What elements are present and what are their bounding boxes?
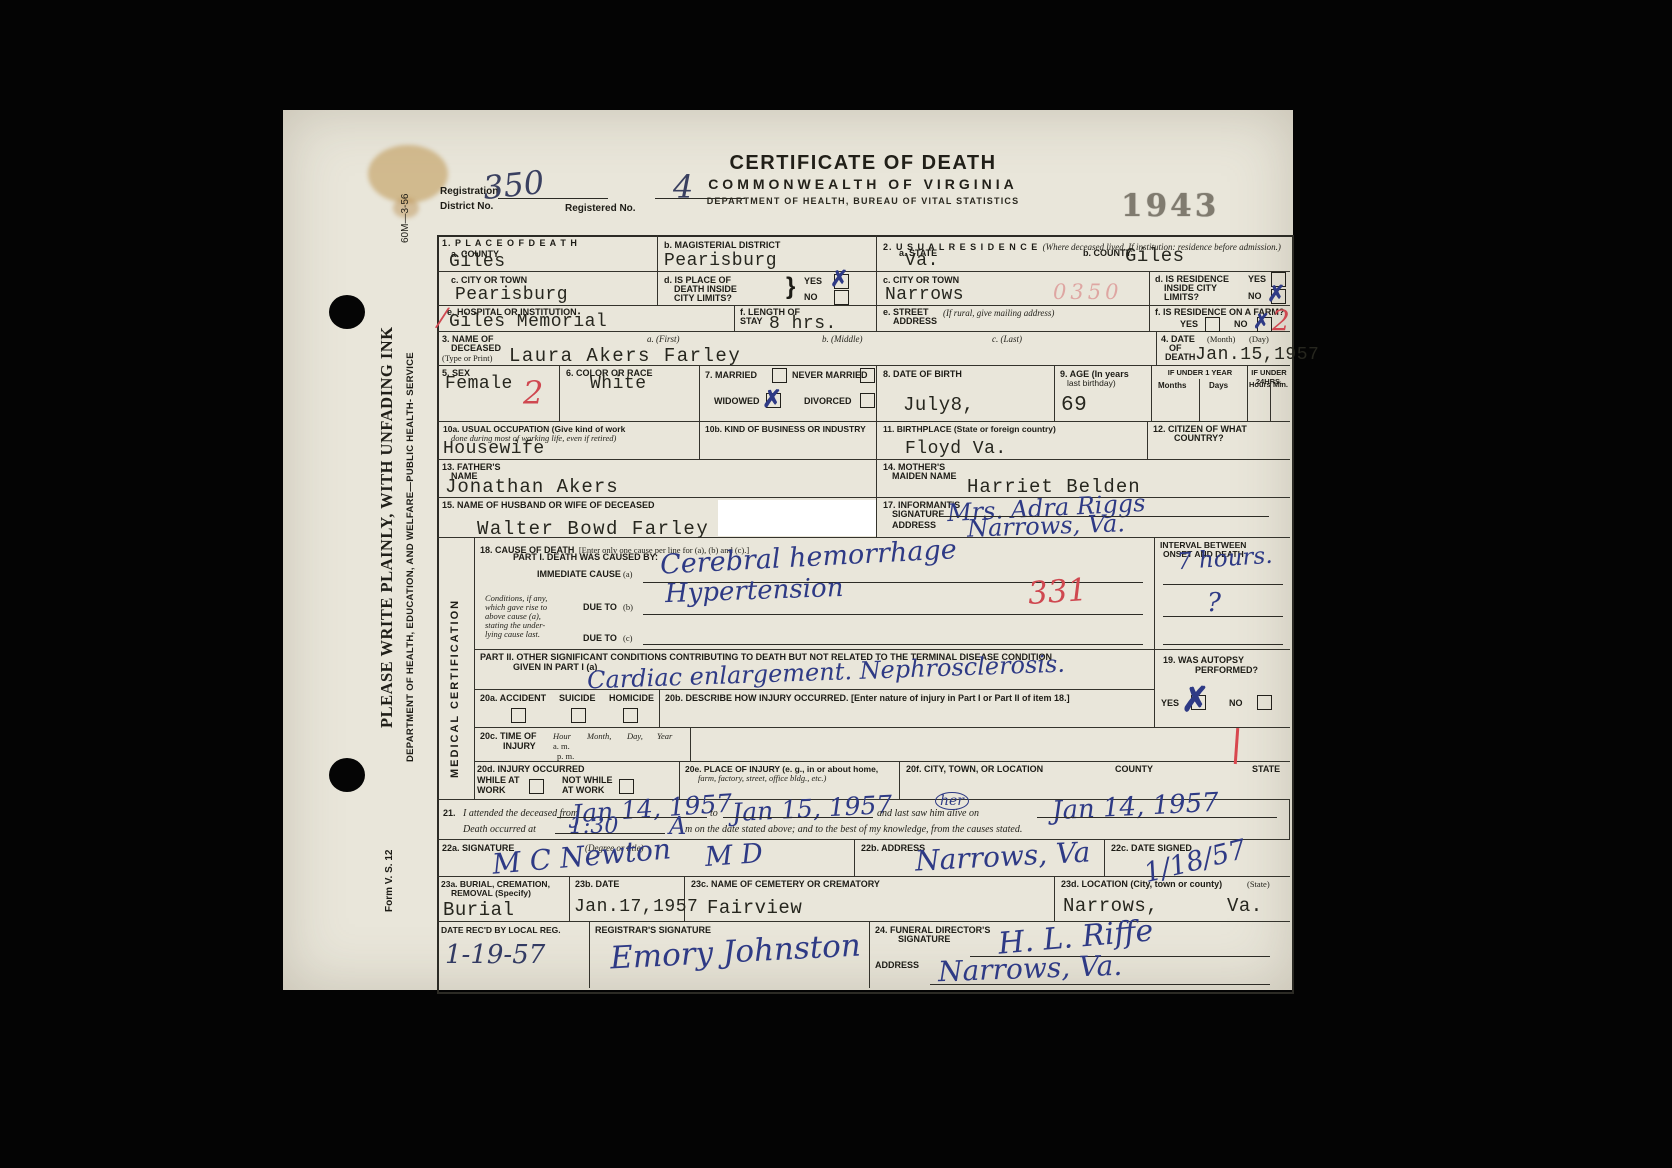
physician-address: Narrows, Va — [914, 835, 1091, 877]
cause-b-label: (b) — [623, 602, 633, 612]
time-injury-l2: INJURY — [503, 741, 536, 752]
field-sex: 5. SEX Female 2 — [437, 366, 560, 422]
field-informant: 17. INFORMANT'S SIGNATURE ADDRESS Mrs. A… — [877, 498, 1290, 538]
citizen-l2: COUNTRY? — [1174, 433, 1224, 444]
field-residence-on-farm: f. IS RESIDENCE ON A FARM? YES NO ✗ 2 — [1150, 306, 1290, 332]
middle-label: b. (Middle) — [822, 334, 863, 344]
autopsy-no-checkbox — [1257, 695, 1272, 710]
lastsaw-line — [1037, 817, 1277, 818]
pm-label: p. m. — [557, 751, 574, 761]
occurred-time: 1:30 — [569, 814, 618, 839]
date-received-label: DATE REC'D BY LOCAL REG. — [441, 925, 561, 935]
due-b-label: DUE TO — [583, 602, 617, 613]
cause-b-line — [643, 614, 1143, 615]
under24-divider — [1270, 379, 1271, 422]
field-funeral-director: 24. FUNERAL DIRECTOR'S SIGNATURE H. L. R… — [870, 922, 1290, 988]
scan-page: { "margin": { "print_code": "60M—3-56", … — [0, 0, 1672, 1168]
dob-label: 8. DATE OF BIRTH — [883, 369, 962, 380]
field-burial-location: 23d. LOCATION (City, town or county) (St… — [1055, 877, 1290, 922]
autopsy-l2: PERFORMED? — [1195, 665, 1258, 676]
physician-signature: M C Newton — [491, 832, 672, 880]
never-married-checkbox — [860, 368, 875, 383]
street-label2: ADDRESS — [893, 316, 937, 327]
cemetery-label: 23c. NAME OF CEMETERY OR CREMATORY — [691, 879, 880, 890]
certificate-title: CERTIFICATE OF DEATH — [653, 152, 1073, 175]
field-autopsy: 19. WAS AUTOPSY PERFORMED? YES ✗ NO — [1155, 650, 1290, 728]
res-inside-l3: LIMITS? — [1164, 292, 1199, 303]
immediate-cause-label: IMMEDIATE CAUSE — [537, 569, 621, 580]
field-burial-date: 23b. DATE Jan.17,1957 — [570, 877, 685, 922]
burial-state-value: Va. — [1227, 895, 1263, 917]
field-date-signed: 22c. DATE SIGNED 1/18/57 — [1105, 840, 1290, 877]
yes-checkmark: ✗ — [830, 266, 848, 292]
occurred-tail: m on the date stated above; and to the b… — [685, 824, 1022, 835]
due-c-label: DUE TO — [583, 633, 617, 644]
occupation-value: Housewife — [443, 439, 545, 459]
red-stamp-code: 0350 — [1053, 280, 1122, 304]
red-stroke — [1234, 728, 1239, 764]
place-injury-l2: farm, factory, street, office bldg., etc… — [698, 773, 826, 783]
field-age: 9. AGE (In years last birthday) 69 — [1055, 366, 1152, 422]
brace-glyph: } — [786, 273, 795, 301]
magisterial-label: b. MAGISTERIAL DISTRICT — [664, 240, 780, 251]
interval-line-3 — [1163, 644, 1283, 645]
interval-b-value: ? — [1207, 588, 1221, 618]
while-at-work-checkbox — [529, 779, 544, 794]
farm-no-checkmark: ✗ — [1253, 309, 1270, 333]
commonwealth-subtitle: COMMONWEALTH OF VIRGINIA — [653, 176, 1073, 192]
county-value: Giles — [449, 252, 506, 272]
field-describe-injury: 20b. DESCRIBE HOW INJURY OCCURRED. [Ente… — [660, 690, 1155, 728]
stay-value: 8 hrs. — [769, 314, 837, 334]
field-color-or-race: 6. COLOR OR RACE White — [560, 366, 700, 422]
hours-label: Hours — [1249, 381, 1271, 390]
husband-label: 15. NAME OF HUSBAND OR WIFE OF DECEASED — [442, 500, 655, 511]
burial-l2: REMOVAL (Specify) — [451, 888, 531, 898]
lastsaw-him: him — [930, 808, 945, 819]
father-value: Jonathan Akers — [445, 476, 619, 498]
cemetery-value: Fairview — [707, 897, 802, 919]
autopsy-no-label: NO — [1229, 698, 1243, 709]
married-label: 7. MARRIED — [705, 370, 757, 381]
attended-to-line — [723, 817, 873, 818]
occurred-label: Death occurred at — [463, 824, 536, 835]
month2-label: Month, — [587, 731, 611, 741]
injury-occurred-label: 20d. INJURY OCCURRED — [477, 764, 585, 775]
sex-red-code: 2 — [523, 374, 543, 412]
certificate-card: 60M—3-56 PLEASE WRITE PLAINLY, WITH UNFA… — [283, 110, 1293, 990]
day-label: (Day) — [1249, 334, 1269, 344]
farm-no-label: NO — [1234, 319, 1248, 330]
hospital-value: Giles Memorial — [449, 312, 607, 332]
red-tick: / — [436, 303, 448, 334]
while-at-l2: WORK — [477, 785, 506, 796]
field-cause-of-death: 18. CAUSE OF DEATH [Enter only one cause… — [475, 538, 1155, 650]
field-inside-city-limits-residence: d. IS RESIDENCE INSIDE CITY LIMITS? YES … — [1150, 272, 1290, 306]
residence-county-value: Giles — [1125, 245, 1185, 267]
burial-date-value: Jan.17,1957 — [574, 897, 698, 917]
district-no-line — [498, 198, 608, 199]
field-father-name: 13. FATHER'S NAME Jonathan Akers — [437, 460, 877, 498]
physician-degree: M D — [704, 838, 764, 873]
under1-divider — [1199, 379, 1200, 422]
field-hospital: e. HOSPITAL OR INSTITUTION Giles Memoria… — [437, 306, 735, 332]
describe-injury-label: 20b. DESCRIBE HOW INJURY OCCURRED. [Ente… — [665, 693, 1145, 704]
lastsaw-her-circled: her — [935, 792, 969, 810]
injury-city-label: 20f. CITY, TOWN, OR LOCATION — [906, 764, 1043, 775]
magisterial-value: Pearisburg — [664, 251, 777, 271]
husband-value: Walter Bowd Farley — [477, 518, 709, 540]
birthplace-label: 11. BIRTHPLACE (State or foreign country… — [883, 424, 1056, 434]
burial-state-label: (State) — [1247, 879, 1270, 889]
autopsy-yes-checkmark: ✗ — [1181, 680, 1210, 720]
burial-value: Burial — [443, 899, 514, 921]
field-inside-city-limits-death: d. IS PLACE OF DEATH INSIDE CITY LIMITS?… — [658, 272, 877, 306]
burial-location-label: 23d. LOCATION (City, town or county) — [1061, 879, 1222, 890]
lastsaw-pre: and last saw — [877, 808, 927, 819]
not-while-l2: AT WORK — [562, 785, 604, 796]
widowed-label: WIDOWED — [714, 396, 760, 407]
day2-label: Day, — [627, 731, 643, 741]
min-label: Min. — [1273, 381, 1288, 390]
field-if-under-24hrs: IF UNDER 24HRS. Hours Min. — [1248, 366, 1290, 422]
field-date-received: DATE REC'D BY LOCAL REG. 1-19-57 — [437, 922, 590, 988]
months-label: Months — [1158, 381, 1186, 390]
homicide-label: HOMICIDE — [609, 693, 654, 704]
interval-a-value: 7 hours. — [1176, 543, 1273, 576]
city-value: Pearisburg — [455, 285, 568, 305]
cause-a-label: (a) — [623, 569, 632, 579]
divorced-label: DIVORCED — [804, 396, 852, 407]
am-label: a. m. — [553, 741, 570, 751]
divorced-checkbox — [860, 393, 875, 408]
farm-yes-checkbox — [1205, 317, 1220, 332]
field-cemetery: 23c. NAME OF CEMETERY OR CREMATORY Fairv… — [685, 877, 1055, 922]
date-received-value: 1-19-57 — [445, 940, 545, 970]
field-citizen: 12. CITIZEN OF WHAT COUNTRY? — [1148, 422, 1290, 460]
interval-line-1 — [1163, 584, 1283, 585]
field-accident-suicide-homicide: 20a. ACCIDENT SUICIDE HOMICIDE — [475, 690, 660, 728]
autopsy-yes-label: YES — [1161, 698, 1179, 709]
street-note: (If rural, give mailing address) — [943, 308, 1054, 318]
no-checkbox — [834, 290, 849, 305]
dod-value: Jan.15,1957 — [1195, 345, 1319, 365]
field-date-of-birth: 8. DATE OF BIRTH July8, — [877, 366, 1055, 422]
field-registrar-signature: REGISTRAR'S SIGNATURE Emory Johnston — [590, 922, 870, 988]
under1-label: IF UNDER 1 YEAR — [1156, 369, 1244, 378]
age-l2: last birthday) — [1067, 378, 1116, 388]
homicide-checkbox — [623, 708, 638, 723]
inside-limits-l3: CITY LIMITS? — [674, 293, 732, 304]
res-yes-label: YES — [1248, 274, 1266, 285]
informant-l3: ADDRESS — [892, 520, 936, 531]
field-city-or-town-residence: c. CITY OR TOWN Narrows 0350 — [877, 272, 1150, 306]
punch-hole — [329, 758, 365, 792]
burial-date-label: 23b. DATE — [575, 879, 619, 890]
field-time-of-injury: 20c. TIME OF INJURY Hour Month, Day, Yea… — [475, 728, 1290, 762]
injury-county-label: COUNTY — [1115, 764, 1153, 775]
accident-label: 20a. ACCIDENT — [480, 693, 546, 704]
field-husband-wife: 15. NAME OF HUSBAND OR WIFE OF DECEASED … — [437, 498, 877, 538]
redaction-box — [718, 500, 876, 536]
stay-l2: STAY — [740, 316, 763, 327]
attended-no: 21. — [443, 808, 456, 819]
no-label: NO — [804, 292, 818, 303]
cause-c-line — [643, 644, 1143, 645]
field-city-or-town-death: c. CITY OR TOWN Pearisburg — [437, 272, 658, 306]
fd-address-value: Narrows, Va. — [937, 949, 1122, 988]
bureau-subtitle: DEPARTMENT OF HEALTH, BUREAU OF VITAL ST… — [653, 196, 1073, 206]
time-injury-divider — [690, 728, 691, 762]
field-business-industry: 10b. KIND OF BUSINESS OR INDUSTRY — [700, 422, 877, 460]
name-l3: (Type or Print) — [442, 353, 492, 363]
registered-no-label: Registered No. — [565, 203, 636, 215]
name-value: Laura Akers Farley — [509, 345, 741, 367]
attended-to-label: to — [710, 808, 718, 819]
icd-code: 331 — [1027, 572, 1089, 612]
month-label: (Month) — [1207, 334, 1235, 344]
days-label: Days — [1209, 381, 1228, 390]
field-birthplace: 11. BIRTHPLACE (State or foreign country… — [877, 422, 1148, 460]
age-value: 69 — [1061, 394, 1087, 417]
field-length-of-stay: f. LENGTH OF STAY 8 hrs. — [735, 306, 877, 332]
mother-l2: MAIDEN NAME — [892, 471, 957, 482]
year2-label: Year — [657, 731, 672, 741]
cause-c-label: (c) — [623, 633, 632, 643]
registrar-label: REGISTRAR'S SIGNATURE — [595, 925, 711, 936]
married-checkbox — [772, 368, 787, 383]
field-marital-status: 7. MARRIED NEVER MARRIED WIDOWED ✗ DIVOR… — [700, 366, 877, 422]
medical-certification-label: MEDICAL CERTIFICATION — [449, 599, 462, 778]
accident-checkbox — [511, 708, 526, 723]
medical-certification-strip: MEDICAL CERTIFICATION — [437, 538, 475, 800]
not-while-at-work-checkbox — [619, 779, 634, 794]
never-married-label: NEVER MARRIED — [792, 370, 868, 381]
field-usual-occupation: 10a. USUAL OCCUPATION (Give kind of work… — [437, 422, 700, 460]
first-label: a. (First) — [647, 334, 680, 344]
race-value: White — [590, 374, 647, 394]
field-burial: 23a. BURIAL, CREMATION, REMOVAL (Specify… — [437, 877, 570, 922]
fd-address-label: ADDRESS — [875, 960, 919, 971]
business-label: 10b. KIND OF BUSINESS OR INDUSTRY — [705, 424, 866, 434]
informant-l2: SIGNATURE — [892, 509, 944, 520]
funeral-director-l2: SIGNATURE — [898, 934, 950, 945]
last-label: c. (Last) — [992, 334, 1022, 344]
cause-b-value: Hypertension — [665, 573, 844, 609]
punch-hole — [329, 295, 365, 329]
field-interval: INTERVAL BETWEEN ONSET AND DEATH 7 hours… — [1155, 538, 1290, 650]
field-if-under-1-year: IF UNDER 1 YEAR Months Days — [1152, 366, 1248, 422]
occurred-ampm: A — [669, 812, 686, 840]
state-value: Va. — [905, 251, 939, 271]
field-physician-address: 22b. ADDRESS Narrows, Va — [855, 840, 1105, 877]
field-part2: PART II. OTHER SIGNIFICANT CONDITIONS CO… — [475, 650, 1155, 690]
year-stamp: 1943 — [1121, 188, 1219, 224]
farm-yes-label: YES — [1180, 319, 1198, 330]
cond-5: lying cause last. — [485, 629, 540, 639]
field-date-of-death: 4. DATE OF DEATH (Month) (Day) Jan.15,19… — [1157, 332, 1290, 366]
field-usual-residence: 2. U S U A L R E S I D E N C E (Where de… — [877, 235, 1290, 272]
residence-city-value: Narrows — [885, 285, 964, 305]
part2-l2: GIVEN IN PART I (a) — [513, 662, 597, 673]
yes-label: YES — [804, 276, 822, 287]
field-physician-signature: 22a. SIGNATURE (Degree or title) M C New… — [437, 840, 855, 877]
suicide-label: SUICIDE — [559, 693, 596, 704]
widowed-checkmark: ✗ — [762, 384, 782, 413]
interval-line-2 — [1163, 616, 1283, 617]
field-place-of-death-county: 1. P L A C E O F D E A T H a. COUNTY Gil… — [437, 235, 658, 272]
place-of-death-heading: 1. P L A C E O F D E A T H — [442, 238, 578, 249]
field-attended: 21. I attended the deceased from Jan 14,… — [437, 800, 1290, 840]
res-no-label: NO — [1248, 291, 1262, 302]
district-no-value: 350 — [481, 163, 546, 207]
fd-address-line — [930, 984, 1270, 985]
dob-value: July8, — [903, 394, 974, 416]
sex-value: Female — [445, 374, 513, 394]
field-name-of-deceased: 3. NAME OF DECEASED (Type or Print) a. (… — [437, 332, 1157, 366]
suicide-checkbox — [571, 708, 586, 723]
dod-l3: DEATH — [1165, 352, 1195, 363]
field-street-address: e. STREET ADDRESS (If rural, give mailin… — [877, 306, 1150, 332]
birthplace-value: Floyd Va. — [905, 439, 1007, 459]
hour-label: Hour — [553, 731, 571, 741]
injury-state-label: STATE — [1252, 764, 1280, 775]
part1-label: PART I. DEATH WAS CAUSED BY: — [513, 552, 658, 563]
